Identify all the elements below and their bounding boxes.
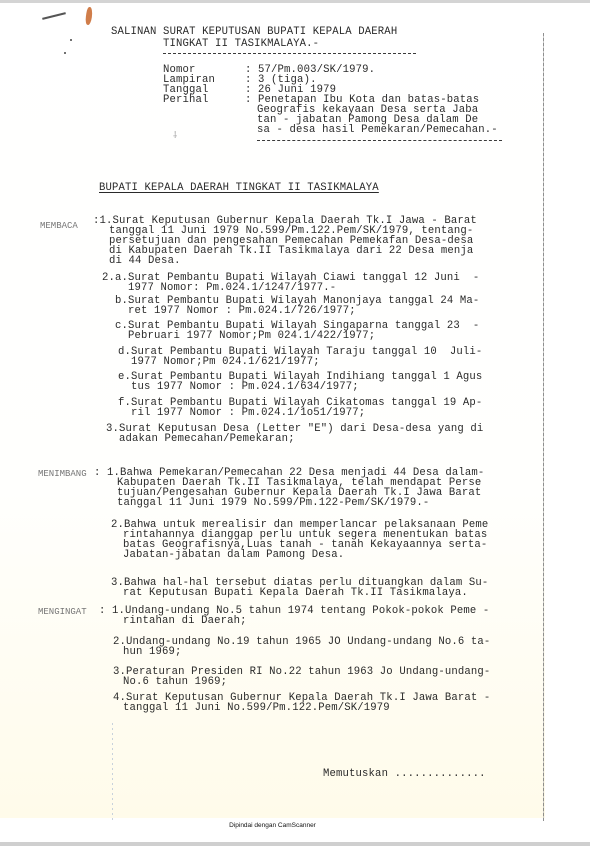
membaca-line: tus 1977 Nomor : Pm.024.1/634/1977; [131,382,359,392]
membaca-line: ril 1977 Nomor : Pm.024.1/1o51/1977; [131,408,365,418]
membaca-line: ret 1977 Nomor : Pm.024.1/726/1977; [128,306,356,316]
membaca-line: 1977 Nomor: Pm.024.1/1247/1977.- [128,283,336,293]
field-label-perihal: Perihal [163,95,209,105]
membaca-line: 1977 Nomor;Pm 024.1/621/1977; [131,357,320,367]
speck [64,52,66,54]
page-edge-faint [112,723,113,823]
membaca-line: di 44 Desa. [109,256,181,266]
scanner-watermark: Dipindai dengan CamScanner [0,822,545,829]
section-label-mengingat: MENGINGAT [38,607,87,617]
document-title-line2: TINGKAT II TASIKMALAYA.- [163,39,319,49]
bottom-frame-bar [0,842,590,846]
rust-stain-mark [85,7,93,26]
membaca-line: Pebruari 1977 Nomor;Pm 024.1/422/1977; [128,331,375,341]
scanned-page: SALINAN SURAT KEPUTUSAN BUPATI KEPALA DA… [0,3,545,818]
perihal-separator [257,140,502,141]
menimbang-line: tanggal 11 Juni 1979 No.599/Pm.122-Pem/S… [117,498,429,508]
speck [70,39,72,41]
punch-mark: ⸸ [173,131,177,141]
ink-smudge [42,12,66,20]
membaca-line: adakan Pemecahan/Pemekaran; [119,434,295,444]
perihal-cont-3: sa - desa hasil Pemekaran/Pemecahan.- [257,125,498,135]
closing-memutuskan: Memutuskan .............. [323,769,486,779]
section-label-menimbang: MENIMBANG [38,469,87,479]
menimbang-line: Jabatan-jabatan dalam Pamong Desa. [123,550,344,560]
header-separator [163,53,416,54]
section-label-membaca: MEMBACA [40,221,78,231]
document-title-line1: SALINAN SURAT KEPUTUSAN BUPATI KEPALA DA… [111,27,397,37]
mengingat-line: tanggal 11 Juni No.599/Pm.122.Pem/SK/197… [123,703,390,713]
menimbang-line: rat Keputusan Bupati Kepala Daerah Tk.II… [123,588,468,598]
official-title: BUPATI KEPALA DAERAH TINGKAT II TASIKMAL… [99,183,379,193]
mengingat-line: hun 1969; [123,647,182,657]
page-edge [543,33,544,821]
mengingat-line: No.6 tahun 1969; [123,677,227,687]
mengingat-line: rintahan di Daerah; [123,616,247,626]
